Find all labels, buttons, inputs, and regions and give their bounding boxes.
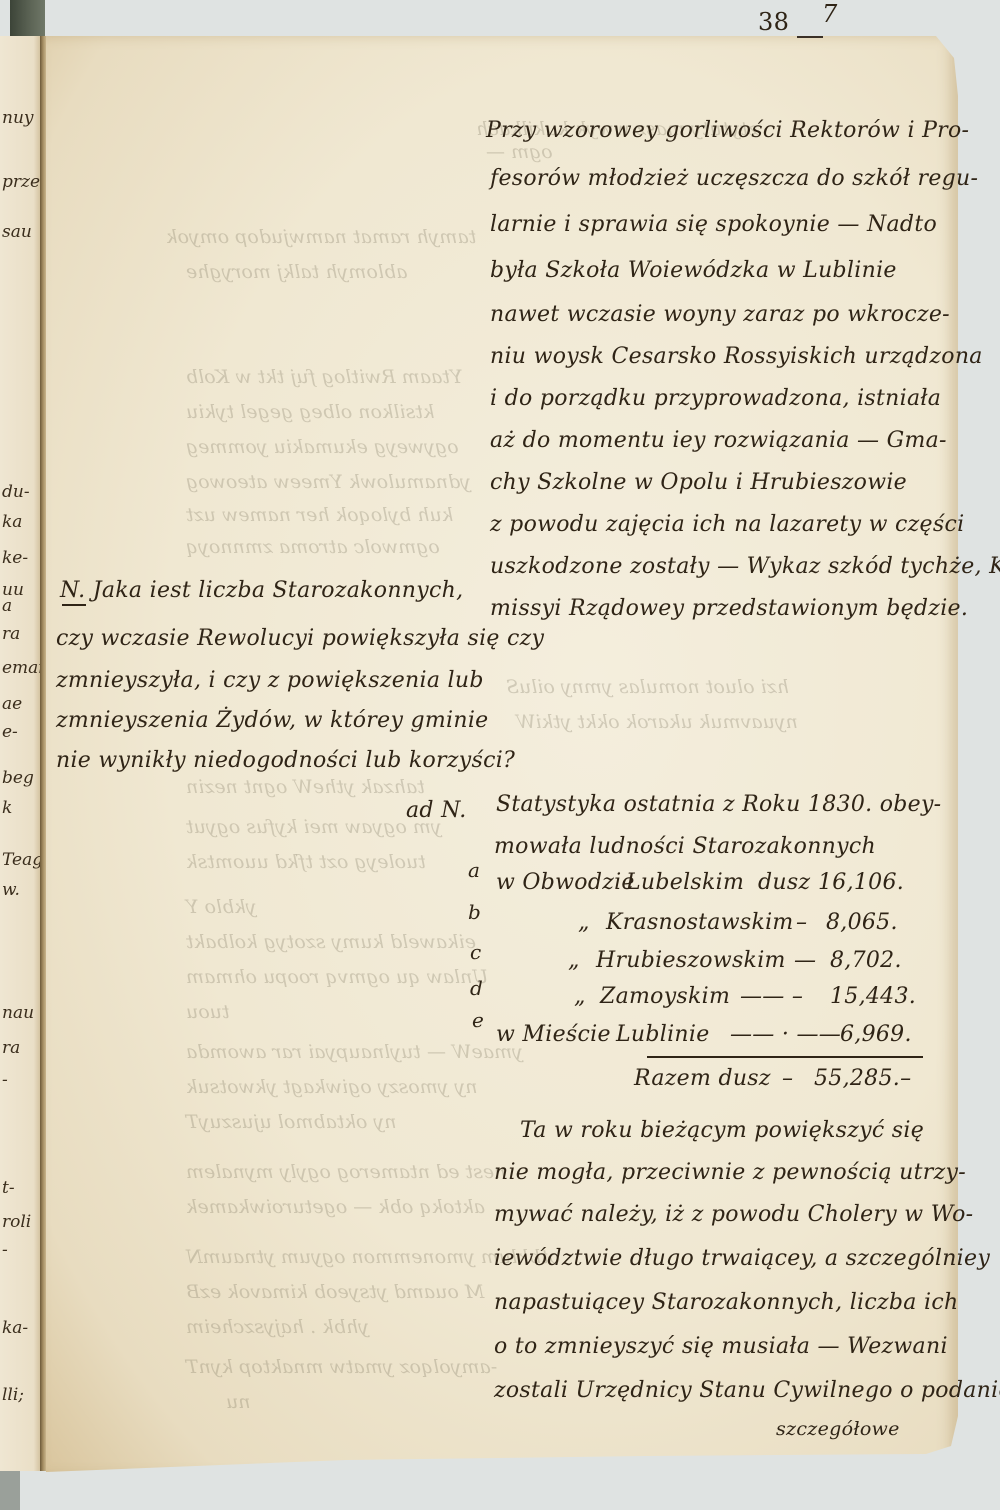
text-line: iewództwie długo trwaiącey, a szczególni…	[494, 1246, 990, 1271]
text-line: była Szkoła Woiewódzka w Lublinie	[490, 258, 897, 283]
text-line: fesorów młodzież uczęszcza do szkół regu…	[490, 166, 978, 191]
bleed-through-text: Ytaam Rwitlog fuj tkt w Kolb	[186, 366, 463, 388]
page-gutter	[40, 36, 46, 1471]
bleed-through-text: ogmwolc atroma zmnnoyq	[186, 536, 440, 558]
question-line: N. Jaka iest liczba Starozakonnych,	[60, 578, 463, 603]
margin-letter: e	[472, 1008, 484, 1032]
statistics-intro-line: mowała ludności Starozakonnych	[494, 834, 876, 859]
text-line: niu woysk Cesarsko Rossyiskich urządzona	[490, 344, 983, 369]
bleed-through-text: nyuavmuk ukarok okkt ytkiW	[516, 711, 798, 733]
binding-strip	[10, 0, 45, 40]
bleed-through-text: ogm —	[486, 141, 553, 163]
previous-page-text-fragment: beg	[2, 768, 34, 788]
bleed-through-text: aktokq obk — ogeturoiwkamek	[186, 1196, 485, 1218]
row-value: 16,106.	[818, 870, 904, 895]
statistics-intro-line: Statystyka ostatnia z Roku 1830. obey-	[496, 792, 941, 817]
previous-page-text-fragment: k	[2, 798, 12, 818]
previous-page-text-fragment: Teag	[2, 850, 42, 870]
folio-sub-number: 7	[822, 0, 838, 28]
row-dash: —— –	[740, 984, 803, 1009]
previous-page-text-fragment: przeg	[2, 172, 42, 192]
question-line: czy wczasie Rewolucyi powiększyła się cz…	[56, 626, 544, 651]
question-line: nie wynikły niedogodności lub korzyści?	[56, 748, 515, 773]
row-district: Zamoyskim	[600, 984, 730, 1009]
previous-page-text-fragment: roli	[2, 1212, 31, 1232]
text-line: nie mogła, przeciwnie z pewnością utrzy-	[494, 1160, 966, 1185]
question-line: zmnieyszyła, i czy z powiększenia lub	[56, 668, 484, 693]
row-dash: —— · ——	[730, 1022, 841, 1047]
binding-strip-bottom	[0, 1470, 20, 1510]
margin-letter: d	[470, 976, 483, 1000]
bleed-through-text: ykblo Y	[186, 896, 257, 918]
previous-page-text-fragment: ka	[2, 512, 22, 532]
folio-dash	[797, 36, 823, 38]
text-line: nawet wczasie woyny zaraz po wkrocze-	[490, 302, 950, 327]
bleed-through-text: hzi oluot nomulas ymny oiluS	[506, 676, 789, 698]
previous-page-text-fragment: nau	[2, 1003, 34, 1023]
bleed-through-text: Unlaw qu ogmvq roopu ohmam	[186, 966, 488, 988]
previous-page-edge: nuy przegsaudu-kake-uuaraemaiaee-begkTea…	[0, 36, 42, 1471]
bleed-through-text: tahzak ytheW ognt nezin	[186, 776, 425, 798]
previous-page-text-fragment: w.	[2, 880, 20, 900]
bleed-through-text: M ouamd ytsyeob kimavok ezB	[186, 1281, 484, 1303]
previous-page-text-fragment: emai	[2, 658, 42, 678]
row-prefix: „	[568, 948, 580, 973]
bleed-through-text: ogyweyg ekumakiu yommeg	[186, 436, 459, 458]
row-value: 6,969.	[840, 1022, 912, 1047]
row-district: Lublinie	[616, 1022, 710, 1047]
previous-page-text-fragment: a	[2, 596, 12, 616]
bleed-through-text: ny oktabmol ujuszuyT	[186, 1111, 396, 1133]
row-value: 8,702.	[830, 948, 902, 973]
previous-page-text-fragment: nuy	[2, 108, 34, 128]
bleed-through-text: kuh byloqok her namew uzt	[186, 504, 453, 526]
total-value: 55,285.–	[814, 1066, 911, 1091]
row-prefix: w Obwodzie	[496, 870, 635, 895]
text-line: missyi Rządowey przedstawionym będzie.	[490, 596, 968, 621]
row-dash: –	[796, 910, 807, 935]
previous-page-text-fragment: ka-	[2, 1318, 28, 1338]
row-dash: —	[794, 948, 816, 973]
text-line: mywać należy, iż z powodu Cholery w Wo-	[494, 1202, 973, 1227]
previous-page-text-fragment: e-	[2, 722, 18, 742]
table-row: „ Zamoyskim —— – 15,443.	[496, 984, 916, 1016]
total-dash: –	[782, 1066, 793, 1091]
question-label-underline	[62, 604, 86, 606]
bleed-through-text: ydnamulowk Ymeew ateowog	[186, 471, 471, 493]
question-reference: ad N.	[406, 798, 467, 823]
text-line: i do porządku przyprowadzona, istniała	[490, 386, 941, 411]
bleed-through-text: -amyolqoz ymatw mnaktop kynT	[186, 1356, 497, 1378]
text-line: uszkodzone zostały — Wykaz szkód tychże,…	[490, 554, 1000, 579]
text-line: Przy wzorowey gorliwości Rektorów i Pro-	[486, 118, 969, 143]
bleed-through-text: ymaeW — tuylnaupyai rar awomda	[186, 1041, 523, 1063]
text-line: Ta w roku bieżącym powiększyć się	[520, 1118, 924, 1143]
catchword: szczegółowe	[776, 1418, 900, 1440]
bleed-through-text: eikaweld kumy szotyg kolbakt	[186, 931, 476, 953]
margin-letter: c	[470, 940, 482, 964]
bleed-through-text: ny ymoszy ogiwkagt ykwotsuk	[186, 1076, 477, 1098]
previous-page-text-fragment: ra	[2, 624, 20, 644]
text-line: napastuiącey Starozakonnych, liczba ich	[494, 1290, 958, 1315]
previous-page-text-fragment: t-	[2, 1178, 15, 1198]
bleed-through-text: tamyh ramat namwjudop omyok	[166, 226, 476, 248]
table-row: w Obwodzie Lubelskim dusz 16,106.	[496, 870, 916, 902]
folio-number: 38	[758, 8, 789, 36]
total-rule	[647, 1056, 923, 1058]
table-row: „ Hrubieszowskim — 8,702.	[496, 948, 916, 980]
bleed-through-text: ktsilkon olbeg gegel tykiu	[186, 401, 435, 423]
row-value: 15,443.	[830, 984, 916, 1009]
question-line: zmnieyszenia Żydów, w którey gminie	[56, 708, 488, 733]
text-line: z powodu zajęcia ich na lazarety w częśc…	[490, 512, 964, 537]
row-value: 8,065.	[826, 910, 898, 935]
previous-page-text-fragment: ae	[2, 694, 22, 714]
margin-letter: a	[468, 858, 480, 882]
previous-page-text-fragment: -	[2, 1070, 8, 1090]
text-line: zostali Urzędnicy Stanu Cywilnego o poda…	[494, 1378, 1000, 1403]
bleed-through-text: ablomyh talkj moryghe	[186, 261, 407, 283]
row-district: Krasnostawskim	[606, 910, 794, 935]
row-prefix: w Mieście	[496, 1022, 611, 1047]
text-line: o to zmnieyszyć się musiała — Wezwani	[494, 1334, 948, 1359]
table-row: „ Krasnostawskim – 8,065.	[496, 910, 916, 942]
row-unit: dusz	[758, 870, 810, 895]
bleed-through-text: tuou	[186, 1001, 230, 1023]
margin-letter: b	[468, 900, 481, 924]
bleed-through-text: nu	[226, 1391, 250, 1413]
bleed-through-text: nest ed ntamerog ogyly mynalem	[186, 1161, 506, 1183]
previous-page-text-fragment: sau	[2, 222, 32, 242]
previous-page-text-fragment: ra	[2, 1038, 20, 1058]
table-row: w Mieście Lublinie —— · —— 6,969.	[496, 1022, 916, 1054]
text-line: aż do momentu iey rozwiązania — Gma-	[490, 428, 947, 453]
text-line: larnie i sprawia się spokoynie — Nadto	[490, 212, 937, 237]
row-district: Hrubieszowskim	[596, 948, 786, 973]
bleed-through-text: ym ogyaw mei kyfus ogyut	[186, 816, 442, 838]
row-prefix: „	[578, 910, 590, 935]
bleed-through-text: tuoleyg ozt tfkd uuomtsk	[186, 851, 426, 873]
row-district: Lubelskim	[626, 870, 744, 895]
previous-page-text-fragment: -	[2, 1240, 8, 1260]
previous-page-text-fragment: lli;	[2, 1385, 24, 1405]
row-prefix: „	[574, 984, 586, 1009]
text-line: chy Szkolne w Opolu i Hrubieszowie	[490, 470, 907, 495]
previous-page-text-fragment: ke-	[2, 548, 28, 568]
total-label: Razem dusz	[634, 1066, 771, 1091]
previous-page-text-fragment: du-	[2, 482, 30, 502]
bleed-through-text: yhbk . hajyszcheim	[186, 1316, 369, 1338]
